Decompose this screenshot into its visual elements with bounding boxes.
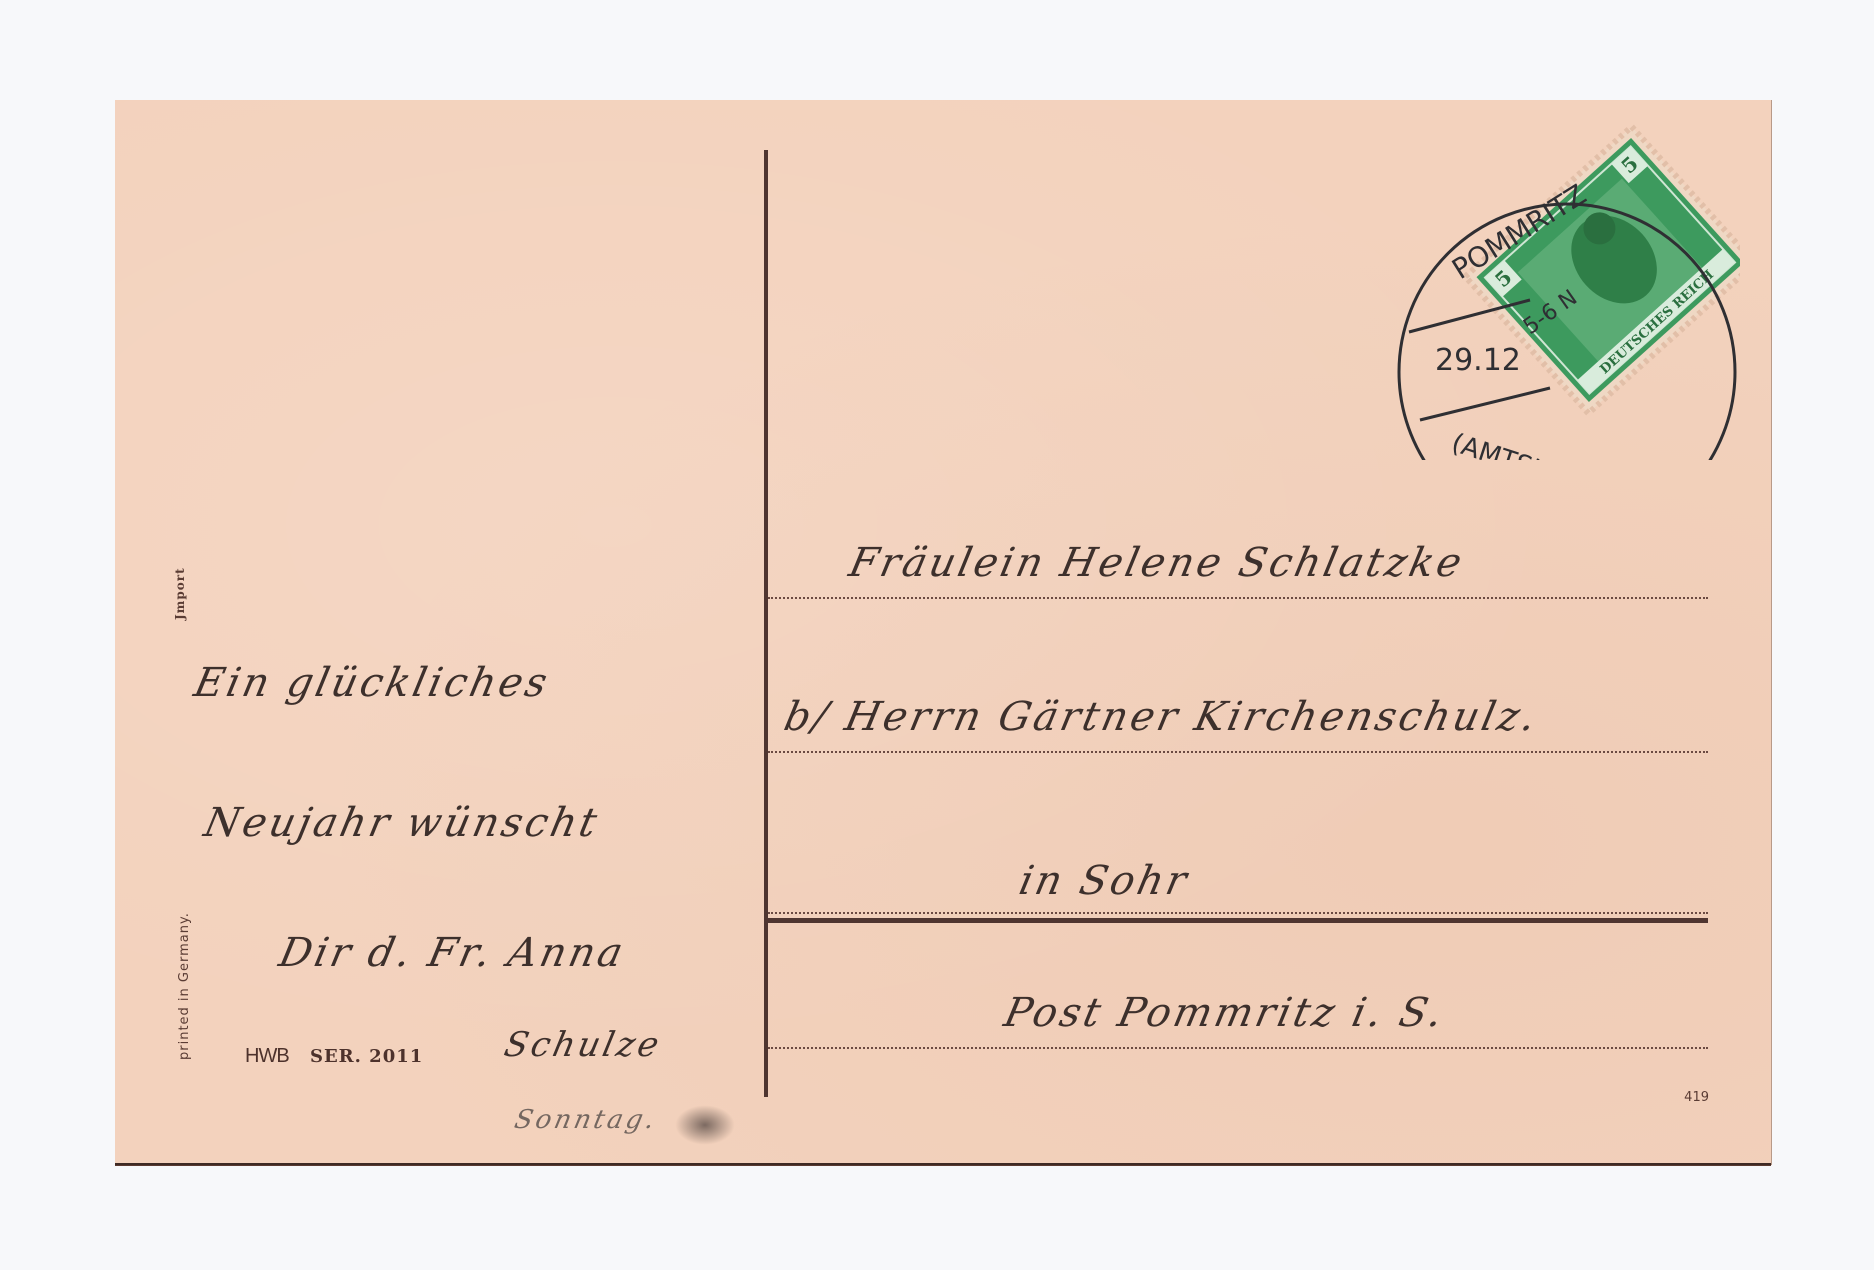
postcard: Jmport printed in Germany. Ein glücklich… [115, 100, 1771, 1165]
publisher-info: HWB SER. 2011 [245, 1045, 423, 1068]
address-rule-thick [768, 918, 1708, 923]
address-line-post: Post Pommritz i. S. [1000, 990, 1449, 1036]
message-day: Sonntag. [512, 1105, 660, 1135]
card-number: 419 [1684, 1090, 1709, 1105]
publisher-logo: HWB [245, 1045, 289, 1067]
address-rule [768, 1047, 1708, 1049]
svg-text:29.12: 29.12 [1435, 343, 1521, 378]
message-line: Ein glückliches [190, 660, 554, 706]
address-line-recipient: Fräulein Helene Schlatzke [845, 540, 1468, 586]
message-line: Dir d. Fr. Anna [275, 930, 630, 976]
ink-smudge [675, 1105, 735, 1145]
series-number: SER. 2011 [310, 1046, 423, 1067]
printed-in-germany-label: printed in Germany. [177, 912, 192, 1060]
svg-text:(AMTSH. BAUTZEN): (AMTSH. BAUTZEN) [1448, 428, 1698, 460]
message-line: Neujahr wünscht [200, 800, 604, 846]
address-rule [768, 597, 1708, 599]
stamp-and-postmark: DEUTSCHES REICH 5 5 29.12 POMMRITZ (AMTS… [1380, 120, 1740, 460]
address-line-care-of: b/ Herrn Gärtner Kirchenschulz. [780, 694, 1543, 740]
address-rule [768, 751, 1708, 753]
message-signature: Schulze [501, 1025, 666, 1065]
address-rule [768, 912, 1708, 914]
address-line-town: in Sohr [1015, 858, 1193, 904]
import-label: Jmport [173, 567, 187, 620]
center-divider [764, 150, 768, 1097]
